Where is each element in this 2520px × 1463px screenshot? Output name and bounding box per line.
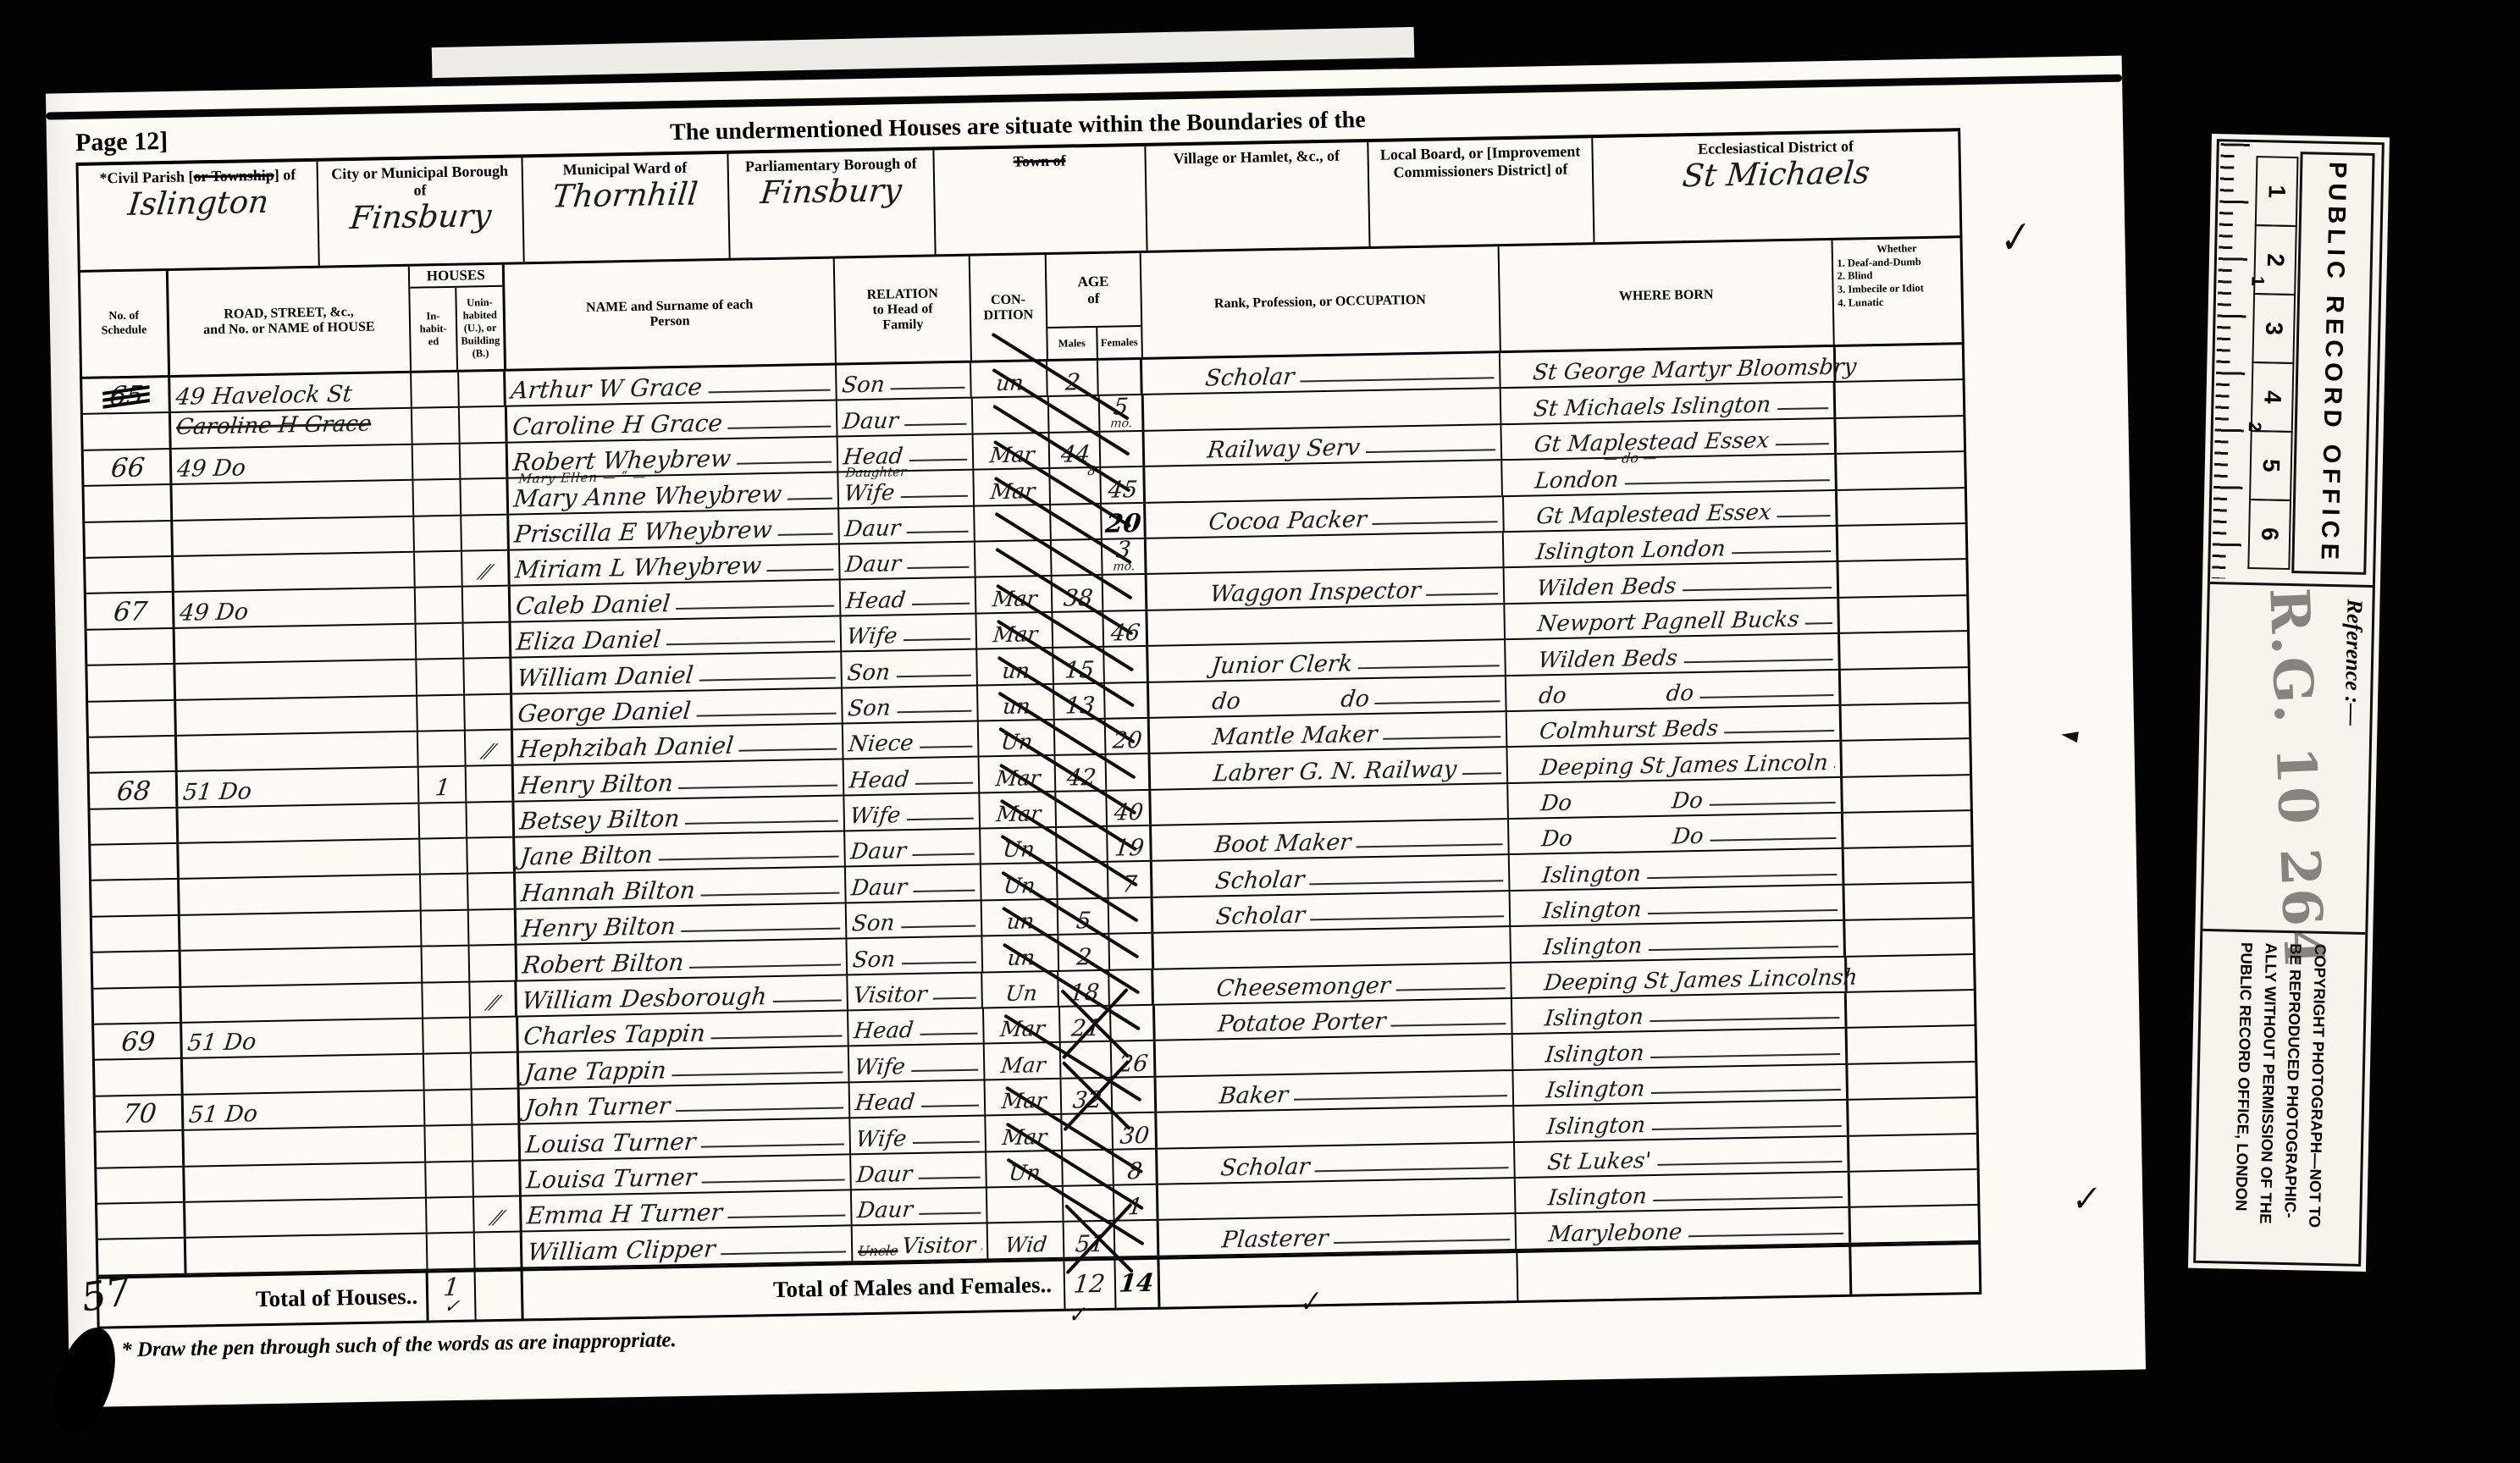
street-cell: 49 Do: [174, 588, 417, 627]
schedule-number: 67: [112, 599, 148, 626]
name-cell: Hannah Bilton: [516, 868, 848, 908]
schedule-cell: [91, 880, 180, 915]
ink-dash: [919, 1206, 981, 1215]
street-text: 49 Do: [179, 600, 250, 625]
name-cell: George Daniel: [512, 688, 844, 729]
born-text: do do: [1538, 682, 1695, 707]
age-female-cell: 26: [1111, 1041, 1156, 1076]
occupation-cell: Baker: [1156, 1071, 1515, 1112]
uninhabited-cell: [474, 1233, 522, 1267]
occupation-cell: [1153, 927, 1512, 968]
condition-cell: [975, 505, 1051, 540]
age-male: 2: [1064, 372, 1081, 395]
ink-dash: [1334, 1232, 1511, 1244]
ink-dash: [1834, 759, 1835, 768]
uninhabited-cell: ⁄⁄: [462, 551, 511, 586]
relation-cell: Wife: [842, 614, 977, 650]
name-cell: William Clipper: [522, 1227, 854, 1267]
relation-cell: Daur: [846, 865, 981, 902]
relation-text: Daur: [850, 876, 908, 899]
inhabited-cell: [421, 875, 469, 909]
schedule-cell: [91, 844, 179, 880]
inhabited-cell: [413, 444, 461, 478]
age-female: 26: [1118, 1052, 1149, 1076]
condition-text: Un: [1004, 982, 1038, 1004]
ink-dash: [1315, 1160, 1509, 1172]
occupation-text: Scholar: [1204, 366, 1296, 390]
where-born-cell: Islington: [1511, 921, 1847, 962]
ink-dash: [681, 921, 840, 932]
relation-text: Visitor: [901, 1234, 977, 1257]
col-uninhabited: Unin- habited (U.), or Building (B.): [457, 287, 504, 370]
name-cell: Jane Bilton: [515, 832, 847, 873]
age-female: 19: [1114, 836, 1145, 860]
ink-dash: [902, 954, 976, 964]
condition-text: Mar: [989, 480, 1036, 502]
ink-dash: [1683, 652, 1833, 663]
age-female-cell: [1100, 432, 1145, 467]
reference-label: Reference :—: [2339, 599, 2367, 726]
name-cell: Miriam L Wheybrew: [510, 544, 842, 585]
where-born-cell: Wilden Beds: [1506, 634, 1842, 675]
age-female-cell: 1: [1114, 1185, 1158, 1220]
person-name: Louisa Turner: [525, 1166, 697, 1193]
relation-text: Head: [854, 1019, 915, 1042]
relation-text: Daur: [856, 1163, 914, 1186]
occupation-cell: [1147, 605, 1506, 645]
disabilities-cell: [1849, 1135, 1976, 1171]
person-name: Louisa Turner: [524, 1129, 696, 1157]
uninhabited-cell: [463, 587, 511, 621]
ink-dash: [1310, 908, 1504, 920]
col-condition: CON- DITION: [970, 255, 1048, 361]
ink-dash: [909, 452, 968, 461]
uninhabited-cell: [472, 1053, 520, 1088]
occupation-cell: Waggon Inspector: [1147, 568, 1506, 609]
occupation-cell: Cocoa Packer: [1146, 497, 1505, 538]
schedule-cell: 68: [90, 772, 178, 808]
condition-cell: [975, 541, 1052, 577]
ink-dash: [1688, 1226, 1844, 1237]
ink-dash: [710, 1029, 843, 1040]
street-cell: [177, 732, 419, 771]
age-female-cell: [1111, 1006, 1156, 1041]
born-text: Gt Maplestead Essex: [1535, 501, 1772, 527]
header-field-value: Thornhill: [551, 179, 699, 213]
age-male: 51: [1074, 1233, 1105, 1256]
relation-cell: Son: [837, 363, 972, 400]
disabilities-cell: [1837, 452, 1965, 489]
col-inhabited: In- habit- ed: [410, 288, 458, 371]
relation-cell: Wife: [845, 793, 981, 830]
inhabited-cell: [417, 695, 466, 730]
disabilities-cell: [1837, 489, 1965, 525]
occupation-cell: Scholar: [1152, 856, 1511, 897]
age-male-cell: [1049, 396, 1101, 431]
age-female-cell: 40: [1107, 791, 1152, 825]
born-text: Wilden Beds: [1538, 647, 1679, 671]
ink-dash: [1777, 400, 1829, 410]
relation-cell: Son: [843, 650, 978, 687]
ink-dash: [676, 598, 835, 609]
person-name: Henry Bilton: [520, 914, 677, 941]
schedule-cell: [88, 700, 176, 736]
household-mark: ⁄⁄: [481, 562, 490, 582]
ink-dash: [912, 847, 974, 856]
where-born-cell: — do —London: [1503, 455, 1838, 495]
age-female: 5: [1113, 395, 1130, 418]
occupation-cell: Scholar: [1152, 892, 1511, 932]
inhabited-cell: [424, 1054, 472, 1089]
disabilities-cell: [1835, 345, 1962, 381]
age-male: 2: [1076, 946, 1093, 969]
condition-text: Mar: [988, 444, 1035, 466]
condition-cell: Un: [981, 864, 1058, 899]
disabilities-cell: [1846, 919, 1973, 955]
born-text: Islington: [1543, 935, 1644, 958]
uninhabited-cell: [466, 766, 514, 801]
street-struck-text: Caroline H Grace: [175, 413, 373, 439]
ink-dash: [696, 706, 837, 717]
schedule-cell: [87, 665, 175, 700]
ink-dash: [1310, 873, 1504, 885]
street-text: 49 Havelock St: [174, 383, 353, 409]
occupation-cell: Junior Clerk: [1148, 640, 1507, 681]
col-where-born: WHERE BORN: [1499, 240, 1835, 351]
check-mark: ✓: [1296, 1286, 1323, 1317]
ink-dash: [906, 524, 968, 533]
person-name: William Clipper: [526, 1237, 716, 1264]
ink-dash: [1365, 442, 1495, 453]
prc-reference-card: PUBLIC RECORD OFFICE 123456 1 2 Referenc…: [2188, 134, 2390, 1272]
condition-cell: Mar: [980, 756, 1056, 792]
uninhabited-cell: [461, 479, 509, 514]
street-text: 51 Do: [186, 1031, 257, 1056]
prc-ruler-section: PUBLIC RECORD OFFICE 123456 1 2: [2210, 141, 2382, 585]
uninhabited-cell: [469, 909, 517, 944]
born-text: Deeping St James Lincolnsh: [1543, 967, 1859, 995]
where-born-cell: Islington: [1513, 1029, 1849, 1069]
age-female-cell: [1105, 682, 1150, 717]
age-female-cell: 7: [1108, 862, 1152, 897]
condition-cell: Un: [986, 1151, 1063, 1186]
name-cell: William Daniel: [511, 653, 843, 693]
condition-cell: [973, 397, 1049, 433]
age-female-cell: 20: [1102, 503, 1147, 538]
name-cell: Arthur W Grace: [506, 366, 837, 406]
born-text: Islington: [1545, 1042, 1645, 1066]
name-cell: Eliza Daniel: [511, 616, 843, 657]
ink-dash: [739, 742, 837, 752]
schedule-number: 66: [109, 455, 146, 483]
ink-dash: [932, 991, 976, 1000]
age-female-cell: 3mo.: [1102, 539, 1147, 574]
age-female-cell: 30: [1113, 1113, 1158, 1148]
street-cell: [175, 660, 417, 699]
born-text: Islington: [1545, 1078, 1646, 1101]
relation-cell: UncleVisitor: [853, 1224, 988, 1261]
inhabited-cell: 1: [419, 767, 467, 802]
relation-text: Son: [841, 374, 886, 397]
ink-dash: [920, 739, 972, 748]
col-relation: RELATION to Head of Family: [835, 257, 972, 363]
schedule-cell: [93, 952, 181, 987]
ink-dash: [1777, 508, 1831, 517]
name-cell: Henry Bilton: [513, 760, 845, 801]
prc-office-title: PUBLIC RECORD OFFICE: [2315, 162, 2351, 566]
condition-cell: Un: [979, 720, 1055, 756]
ink-dash: [921, 1098, 979, 1107]
age-male-cell: 51: [1064, 1222, 1115, 1256]
ink-dash: [700, 885, 840, 896]
age-male-cell: [1064, 1186, 1115, 1221]
schedule-cell: [86, 557, 174, 593]
disabilities-cell: [1840, 596, 1967, 632]
inhabited-cell: [422, 910, 470, 945]
schedule-cell: [87, 629, 175, 665]
street-cell: [172, 481, 414, 520]
ruler-inch-label: 2: [2244, 422, 2264, 432]
age-female-cell: 20: [1105, 719, 1150, 754]
born-text: Do Do: [1541, 825, 1705, 851]
ink-dash: [777, 527, 833, 536]
inhabited-cell: [428, 1234, 476, 1268]
col-label: HOUSES: [410, 265, 502, 289]
disabilities-cell: [1849, 1098, 1976, 1135]
ink-dash: [1647, 867, 1837, 879]
person-name: Jane Tappin: [522, 1058, 666, 1085]
inhabited-cell: [415, 552, 463, 587]
street-cell: [181, 983, 423, 1022]
occupation-cell: Cheesemonger: [1153, 963, 1511, 1004]
household-mark: ⁄⁄: [484, 742, 494, 762]
uninhabited-cell: [472, 1089, 520, 1123]
condition-text: un: [1002, 695, 1031, 717]
age-male: 44: [1059, 443, 1091, 467]
adjacent-page-sliver: [432, 27, 1414, 78]
relation-text: Son: [848, 697, 892, 720]
disabilities-cell: [1840, 632, 1967, 668]
occupation-cell: Labrer G. N. Railway: [1150, 748, 1509, 788]
street-text: 51 Do: [181, 780, 252, 804]
relation-cell: Daur: [846, 830, 981, 866]
street-cell: [180, 875, 422, 914]
age-female: 20: [1104, 511, 1142, 538]
inhabited-cell: [416, 623, 464, 658]
ink-dash: [685, 814, 838, 825]
relation-cell: Daur: [840, 543, 975, 579]
street-text: 49 Do: [175, 456, 246, 481]
ink-dash: [891, 380, 965, 390]
born-text: Islington: [1544, 1007, 1644, 1030]
ink-dash: [1700, 687, 1834, 698]
header-field-value: Finsbury: [760, 174, 904, 208]
occupation-cell: [1143, 389, 1502, 430]
condition-cell: un: [982, 936, 1058, 971]
where-born-cell: Newport Pagnell Bucks: [1506, 599, 1841, 639]
ink-dash: [689, 957, 841, 968]
ink-dash: [728, 418, 832, 428]
person-name: Caroline H Grace: [511, 411, 723, 439]
occupation-cell: do do: [1148, 676, 1507, 717]
relation-correction: Daughter: [845, 466, 908, 479]
street-cell: [179, 840, 421, 879]
col-males: Males: [1047, 328, 1098, 359]
relation-cell: Son: [848, 937, 983, 974]
check-mark: ✓: [2068, 1181, 2100, 1218]
street-cell: 51 Do: [182, 1019, 424, 1058]
age-male-cell: [1058, 863, 1109, 897]
age-female-cell: 45: [1101, 467, 1146, 502]
occupation-cell: Scholar: [1158, 1143, 1517, 1184]
born-text: Do Do: [1540, 790, 1705, 815]
born-text: Deeping St James Lincoln: [1539, 752, 1830, 779]
schedule-number: 69: [120, 1030, 157, 1057]
occupation-text: Boot Maker: [1213, 831, 1352, 857]
person-name: Jane Bilton: [519, 843, 654, 870]
born-text: Islington: [1541, 863, 1642, 886]
uninhabited-cell: [464, 659, 512, 693]
street-text: 51 Do: [187, 1102, 258, 1127]
check-mark: ✓: [1067, 1304, 1087, 1328]
relation-text: Wife: [854, 1056, 906, 1079]
ink-dash: [1775, 436, 1829, 445]
condition-cell: Mar: [976, 613, 1053, 649]
ink-dash: [699, 670, 836, 681]
inhabited-cell: [413, 480, 461, 515]
condition-text: Mar: [991, 588, 1037, 610]
disabilities-cell: [1843, 739, 1970, 776]
relation-cell: Head: [841, 578, 976, 615]
street-cell: Caroline H Grace: [171, 409, 413, 448]
street-cell: 51 Do: [177, 768, 419, 807]
where-born-cell: Colmhurst Beds: [1507, 706, 1843, 747]
schedule-cell: [97, 1203, 185, 1239]
street-cell: [174, 624, 417, 663]
age-female-cell: [1114, 1221, 1159, 1256]
ink-dash: [1732, 544, 1832, 554]
age-male: 13: [1064, 694, 1096, 718]
age-male-cell: 15: [1053, 648, 1105, 682]
total-houses-label: Total of Houses..: [99, 1273, 429, 1326]
occupation-cell: Railway Serv: [1144, 425, 1503, 466]
col-age: AGE of Males Females: [1046, 253, 1142, 359]
condition-text: Mar: [992, 623, 1038, 645]
name-cell: Priscilla E Wheybrew: [509, 509, 841, 549]
relation-text: Wife: [843, 482, 896, 505]
condition-cell: Mar: [984, 1008, 1060, 1043]
street-cell: [184, 1127, 426, 1166]
name-cell: Betsey Bilton: [514, 796, 846, 836]
disabilities-cell: [1844, 847, 1971, 884]
ink-dash: [1683, 580, 1832, 591]
name-cell: Henry Bilton: [516, 903, 848, 944]
age-male-cell: 38: [1052, 576, 1103, 610]
born-text: Islington: [1547, 1186, 1648, 1210]
where-born-cell: Do Do: [1509, 778, 1844, 819]
ink-dash: [1649, 939, 1839, 951]
schedule-number: 65: [108, 384, 145, 411]
relation-cell: DaughterWife: [839, 471, 975, 507]
ink-dash: [907, 560, 969, 569]
condition-text: un: [1006, 947, 1036, 969]
header-field: Local Board, or [Improvement Commissione…: [1368, 138, 1594, 246]
uninhabited-cell: [465, 694, 513, 729]
ink-dash: [702, 1172, 846, 1183]
born-text: Islington: [1546, 1114, 1647, 1138]
col-road-street: ROAD, STREET, &c., and No. or NAME of HO…: [169, 267, 412, 375]
where-born-cell: Islington: [1511, 886, 1846, 926]
condition-text: Un: [1003, 839, 1036, 861]
person-name: Eliza Daniel: [515, 627, 661, 654]
relation-text: Son: [852, 948, 897, 971]
condition-text: un: [1006, 911, 1036, 933]
condition-text: Wid: [1004, 1234, 1048, 1256]
census-form: Page 12] The undermentioned Houses are s…: [75, 87, 1982, 1362]
age-female: 20: [1112, 729, 1143, 753]
ink-dash: [678, 777, 837, 788]
occupation-text: Junior Clerk: [1210, 652, 1353, 677]
schedule-cell: [90, 809, 178, 844]
occupation-text: Railway Serv: [1206, 436, 1361, 461]
ink-dash: [1805, 616, 1832, 625]
condition-cell: Un: [983, 971, 1059, 1007]
col-schedule: No. of Schedule: [80, 271, 170, 377]
person-name: Betsey Bilton: [518, 807, 681, 834]
ink-dash: [911, 1062, 978, 1071]
condition-cell: Mar: [974, 469, 1050, 505]
condition-cell: un: [982, 900, 1058, 936]
name-cell: John Turner: [519, 1083, 851, 1123]
ink-dash: [904, 417, 966, 426]
ink-dash: [1383, 730, 1501, 741]
schedule-cell: [85, 521, 173, 556]
ink-dash: [1357, 837, 1503, 848]
relation-text: Head: [848, 769, 910, 792]
uninhabited-cell: ⁄⁄: [474, 1197, 522, 1232]
born-text: St Lukes': [1547, 1150, 1653, 1173]
person-name: Hephzibah Daniel: [517, 734, 734, 762]
age-female-unit: mo.: [1113, 560, 1136, 573]
age-male-cell: 2: [1047, 361, 1099, 395]
condition-cell: Mar: [986, 1079, 1062, 1115]
reference-stamp: R.G. 10 264: [2257, 587, 2335, 970]
relation-text: Son: [851, 913, 896, 936]
ink-dash: [1374, 693, 1500, 704]
condition-text: Mar: [1001, 1126, 1047, 1148]
age-female: 46: [1109, 621, 1141, 645]
ink-dash: [1462, 765, 1502, 775]
street-cell: [185, 1162, 427, 1201]
name-cell: Louisa Turner: [520, 1119, 852, 1160]
disabilities-cell: [1847, 991, 1974, 1027]
relation-text: Daur: [842, 410, 899, 433]
where-born-cell: Islington: [1514, 1065, 1849, 1106]
check-mark: ✓: [443, 1298, 461, 1317]
ink-dash: [1710, 831, 1837, 842]
relation-cell: Daur: [840, 506, 975, 543]
check-mark: ✓: [1992, 215, 2033, 261]
occupation-text: Cocoa Packer: [1207, 508, 1368, 533]
name-cell: Emma H Turner: [522, 1190, 854, 1231]
person-name: Miriam L Wheybrew: [514, 555, 763, 582]
disabilities-cell: [1838, 524, 1965, 560]
col-occupation: Rank, Profession, or OCCUPATION: [1141, 246, 1500, 357]
where-born-cell: Islington London: [1504, 527, 1839, 567]
age-female: 40: [1113, 801, 1144, 825]
ink-dash: [901, 919, 975, 929]
ink-dash: [658, 849, 839, 861]
